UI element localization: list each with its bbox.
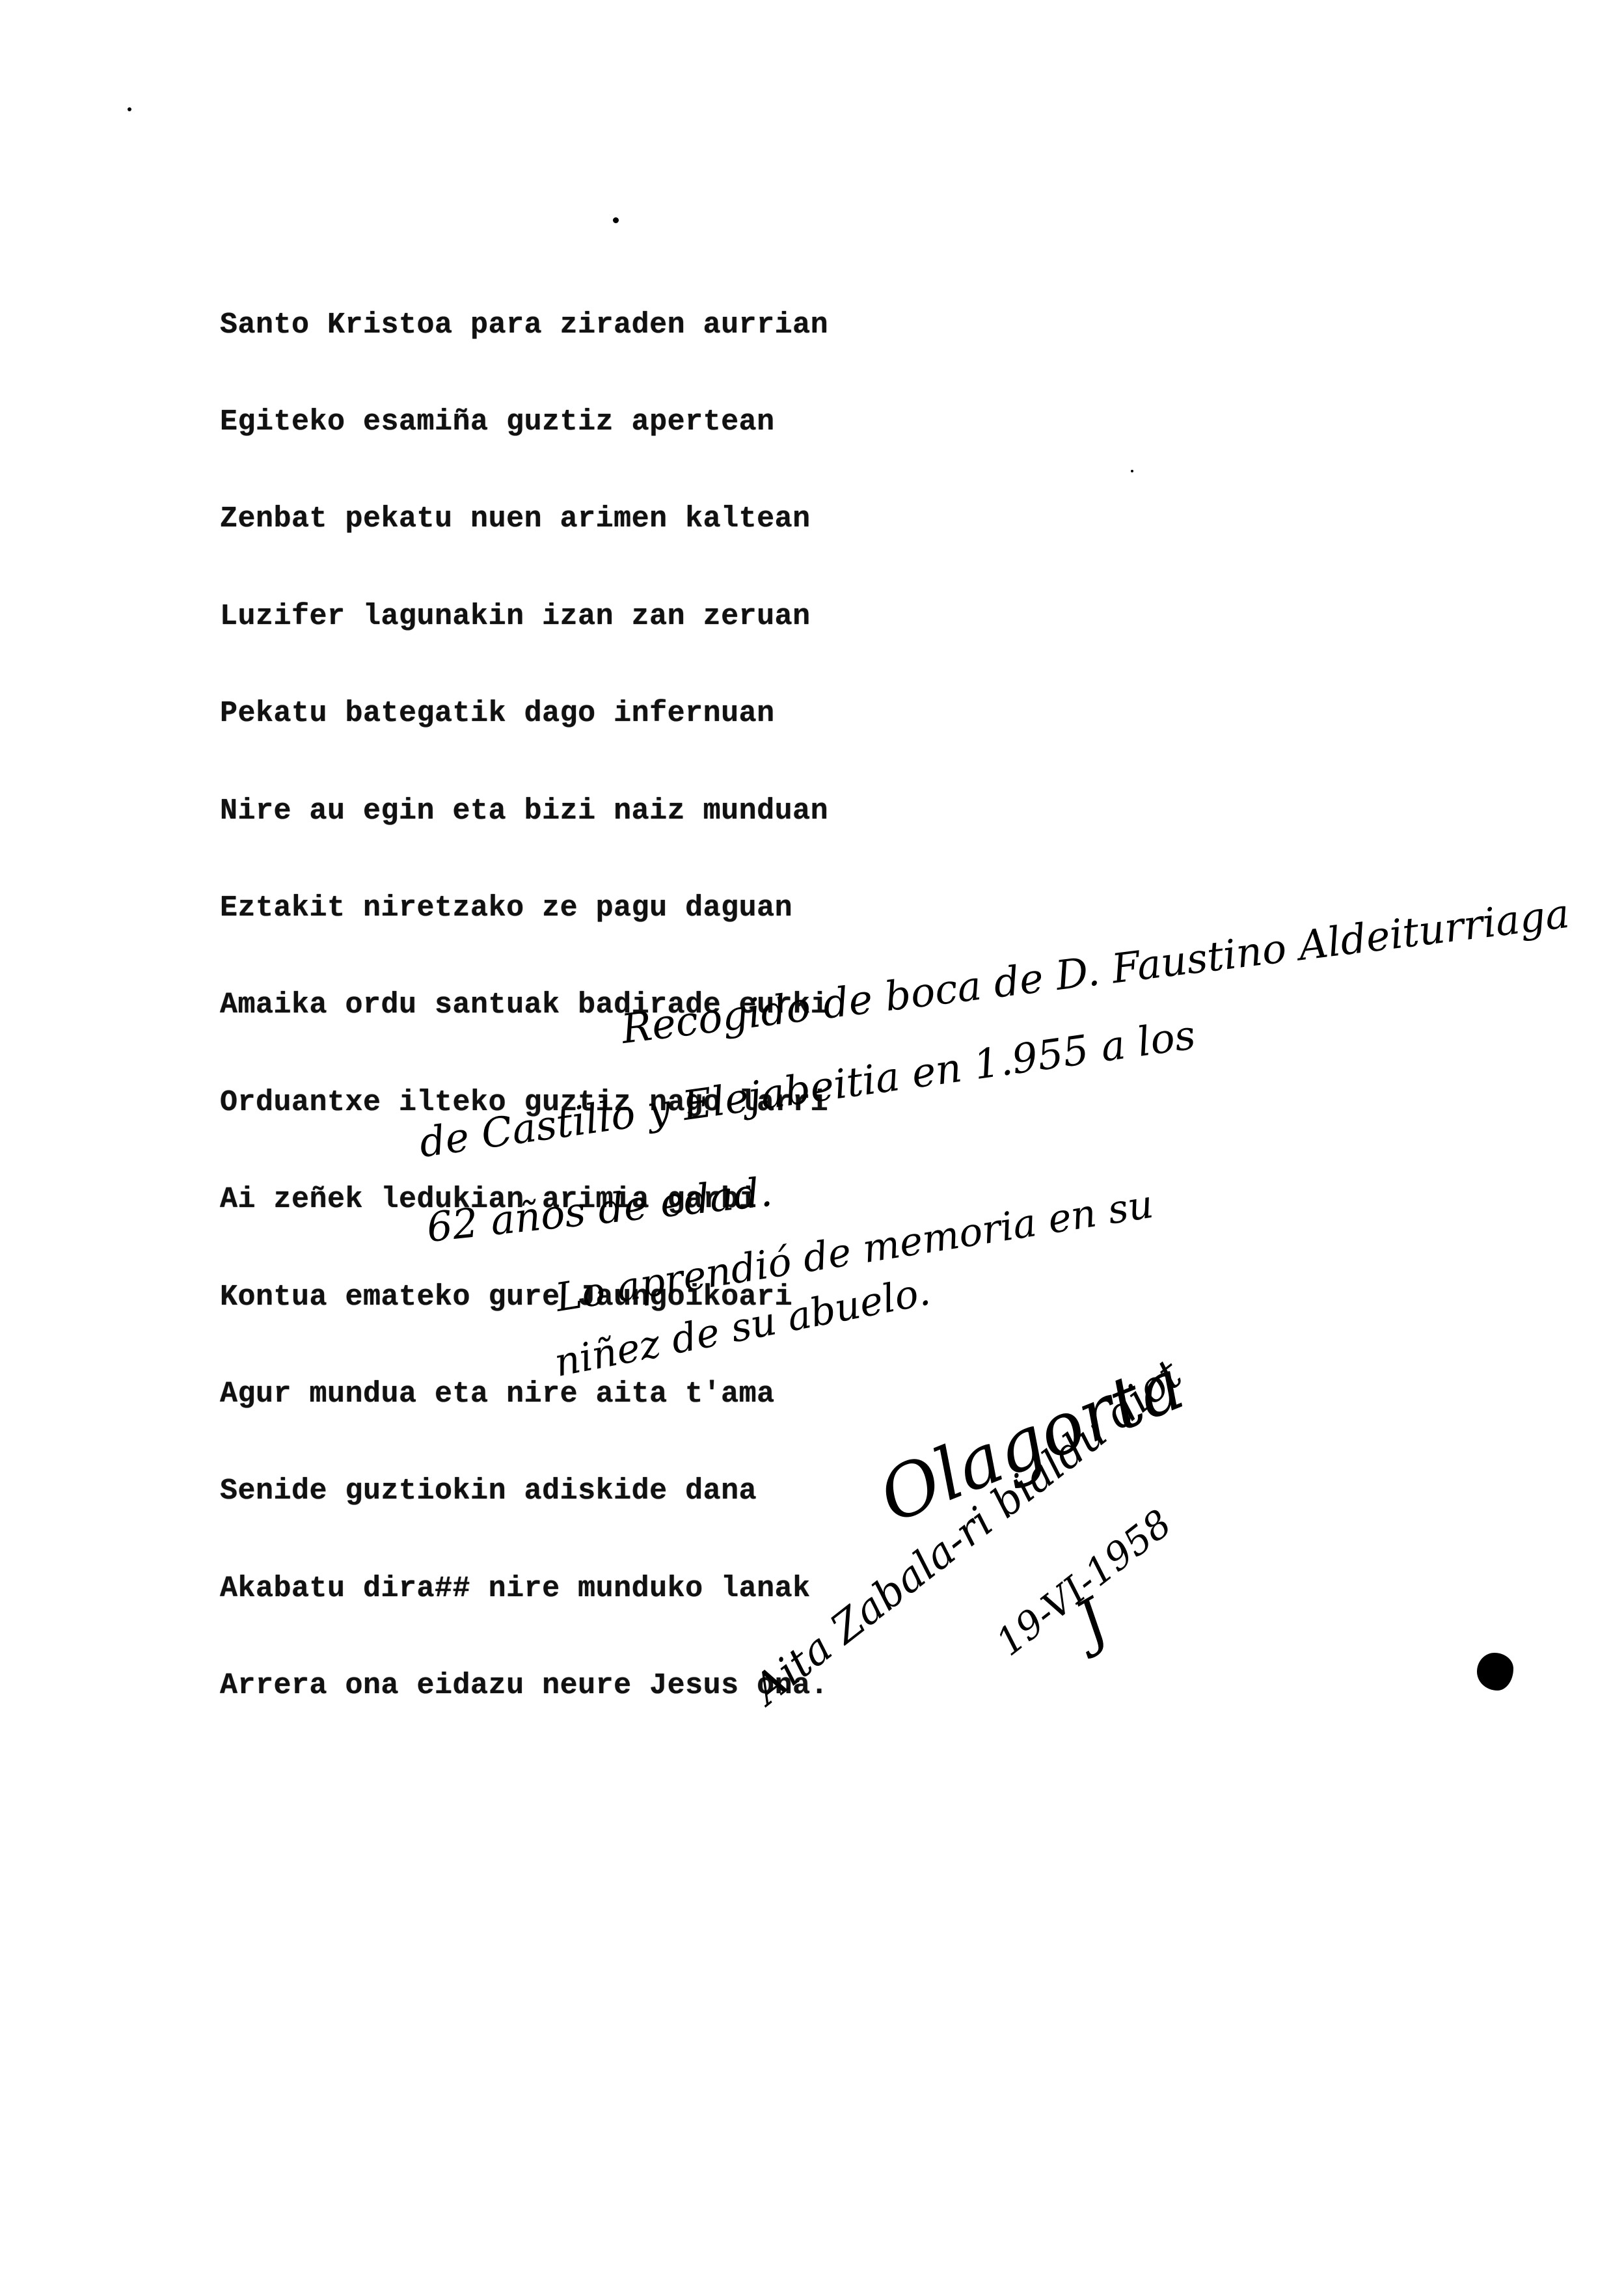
scan-speck bbox=[613, 217, 619, 223]
scan-speck bbox=[128, 107, 131, 111]
poem-line: Agur mundua eta nire aita t'ama bbox=[220, 1378, 828, 1411]
poem-line: Akabatu dira## nire munduko lanak bbox=[220, 1573, 828, 1605]
poem-line: Santo Kristoa para ziraden aurrian bbox=[220, 309, 828, 342]
poem-line: Eztakit niretzako ze pagu daguan bbox=[220, 892, 828, 925]
poem-line: Zenbat pekatu nuen arimen kaltean bbox=[220, 503, 828, 536]
scanned-page: Santo Kristoa para ziraden aurrian Egite… bbox=[0, 0, 1624, 2282]
ink-blot bbox=[1477, 1653, 1513, 1691]
poem-line: Senide guztiokin adiskide dana bbox=[220, 1475, 828, 1508]
poem-line: Egiteko esamiña guztiz apertean bbox=[220, 406, 828, 439]
poem-line: Luzifer lagunakin izan zan zeruan bbox=[220, 601, 828, 633]
poem-line: Arrera ona eidazu neure Jesus ona. bbox=[220, 1670, 828, 1702]
scan-speck bbox=[1131, 470, 1133, 472]
date: 19-VI-1958 bbox=[988, 1501, 1180, 1664]
poem-line: Nire au egin eta bizi naiz munduan bbox=[220, 795, 828, 828]
poem-line: Pekatu bategatik dago infernuan bbox=[220, 698, 828, 730]
